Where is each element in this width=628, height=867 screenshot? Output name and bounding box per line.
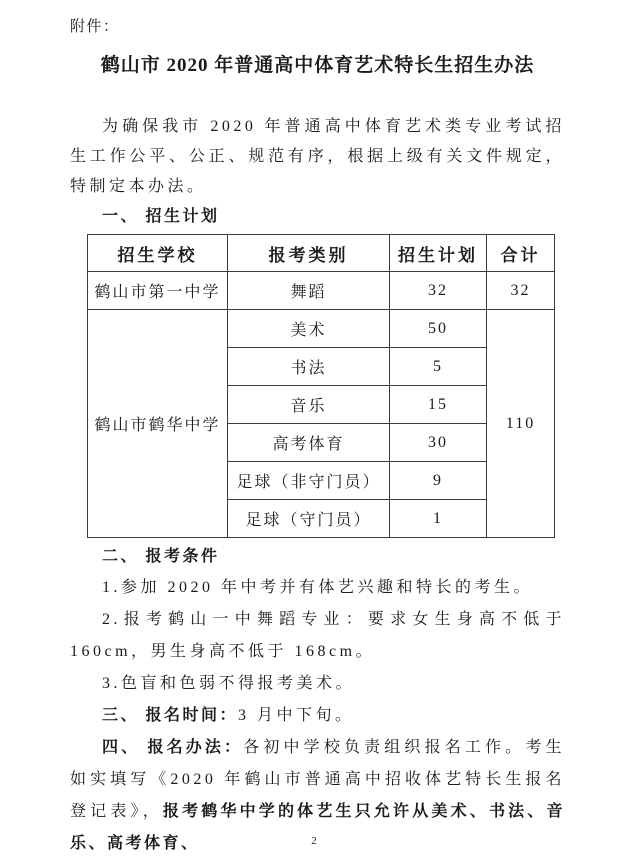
section3-heading: 三、 报名时间： (102, 707, 238, 724)
cell-category: 高考体育 (228, 424, 390, 462)
cell-plan: 32 (390, 272, 487, 310)
document-title: 鹤山市 2020 年普通高中体育艺术特长生招生办法 (70, 52, 565, 80)
cell-category: 足球（非守门员） (228, 462, 390, 500)
condition-item-2: 2.报考鹤山一中舞蹈专业：要求女生身高不低于 160cm，男生身高不低于 168… (70, 604, 565, 668)
table-row: 鹤山市第一中学 舞蹈 32 32 (88, 272, 555, 310)
table-row: 鹤山市鹤华中学 美术 50 110 (88, 310, 555, 348)
section3-text: 3 月中下旬。 (238, 707, 355, 724)
cell-plan: 9 (390, 462, 487, 500)
section4-heading: 四、 报名办法： (102, 739, 243, 756)
condition-item-3: 3.色盲和色弱不得报考美术。 (70, 668, 565, 700)
attachment-label: 附件： (70, 14, 565, 40)
cell-total: 110 (487, 310, 555, 538)
section3-paragraph: 三、 报名时间：3 月中下旬。 (70, 700, 565, 732)
table-header-plan: 招生计划 (390, 235, 487, 272)
intro-paragraph: 为确保我市 2020 年普通高中体育艺术类专业考试招生工作公平、公正、规范有序，… (70, 112, 565, 202)
cell-plan: 30 (390, 424, 487, 462)
cell-school: 鹤山市鹤华中学 (88, 310, 228, 538)
cell-category: 美术 (228, 310, 390, 348)
table-header-school: 招生学校 (88, 235, 228, 272)
cell-total: 32 (487, 272, 555, 310)
cell-category: 足球（守门员） (228, 500, 390, 538)
enrollment-plan-table: 招生学校 报考类别 招生计划 合计 鹤山市第一中学 舞蹈 32 32 鹤山市鹤华… (87, 234, 555, 538)
table-header-category: 报考类别 (228, 235, 390, 272)
table-header-row: 招生学校 报考类别 招生计划 合计 (88, 235, 555, 272)
cell-category: 音乐 (228, 386, 390, 424)
cell-plan: 15 (390, 386, 487, 424)
condition-item-1: 1.参加 2020 年中考并有体艺兴趣和特长的考生。 (70, 572, 565, 604)
cell-category: 舞蹈 (228, 272, 390, 310)
cell-plan: 50 (390, 310, 487, 348)
section2-heading: 二、 报考条件 (70, 542, 565, 572)
document-page: 附件： 鹤山市 2020 年普通高中体育艺术特长生招生办法 为确保我市 2020… (0, 0, 628, 867)
cell-school: 鹤山市第一中学 (88, 272, 228, 310)
cell-plan: 5 (390, 348, 487, 386)
table-header-total: 合计 (487, 235, 555, 272)
cell-plan: 1 (390, 500, 487, 538)
section1-heading: 一、 招生计划 (70, 202, 565, 232)
cell-category: 书法 (228, 348, 390, 386)
page-number: 2 (0, 835, 628, 847)
